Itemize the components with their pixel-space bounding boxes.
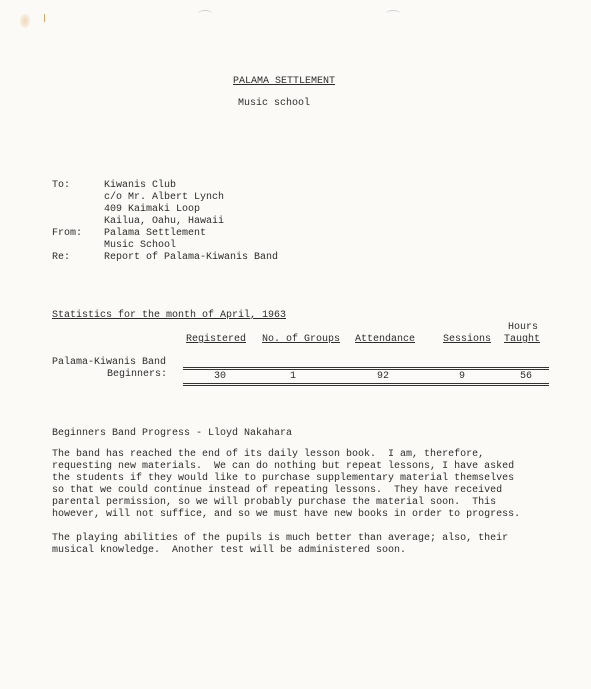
to-line: c/o Mr. Albert Lynch: [104, 192, 224, 204]
to-line: 409 Kaimaki Loop: [104, 204, 200, 216]
to-line: Kailua, Oahu, Hawaii: [104, 216, 224, 228]
paragraph-line: parental permission, so we will probably…: [52, 497, 496, 509]
from-line: Palama Settlement: [104, 228, 206, 240]
table-rule: [183, 367, 549, 368]
from-label: From:: [52, 228, 82, 240]
paragraph-line: musical knowledge. Another test will be …: [52, 545, 406, 557]
paragraph-line: however, will not suffice, and so we mus…: [52, 509, 520, 521]
paragraph-line: The playing abilities of the pupils is m…: [52, 533, 508, 545]
column-header-hours-line1: Hours: [508, 322, 538, 334]
row-label-line1: Palama-Kiwanis Band: [52, 357, 166, 369]
column-header-attendance: Attendance: [355, 334, 415, 346]
value-hours: 56: [496, 371, 556, 383]
column-header-hours-line2: Taught: [504, 334, 540, 346]
re-text: Report of Palama-Kiwanis Band: [104, 252, 278, 264]
value-groups: 1: [263, 371, 323, 383]
row-label-line2: Beginners:: [107, 369, 167, 381]
re-label: Re:: [52, 252, 70, 264]
value-attendance: 92: [353, 371, 413, 383]
from-line: Music School: [104, 240, 176, 252]
table-rule: [183, 385, 549, 386]
value-registered: 30: [190, 371, 250, 383]
column-header-registered: Registered: [186, 334, 246, 346]
document-subtitle: Music school: [238, 98, 310, 110]
paragraph-line: so that we could continue instead of rep…: [52, 485, 502, 497]
to-label: To:: [52, 180, 70, 192]
organization-title: PALAMA SETTLEMENT: [233, 76, 335, 88]
paragraph-line: the students if they would like to purch…: [52, 473, 514, 485]
paper-stain: [20, 14, 30, 28]
paragraph-line: requesting new materials. We can do noth…: [52, 461, 514, 473]
table-rule: [183, 369, 549, 370]
column-header-groups: No. of Groups: [262, 334, 340, 346]
statistics-title: Statistics for the month of April, 1963: [52, 310, 286, 322]
paragraph-line: The band has reached the end of its dail…: [52, 449, 484, 461]
punch-hole-mark: [198, 10, 212, 17]
value-sessions: 9: [432, 371, 492, 383]
to-line: Kiwanis Club: [104, 180, 176, 192]
progress-heading: Beginners Band Progress - Lloyd Nakahara: [52, 428, 292, 440]
column-header-sessions: Sessions: [443, 334, 491, 346]
punch-hole-mark: [386, 10, 400, 17]
paper-mark: [44, 14, 45, 22]
table-rule: [183, 383, 549, 384]
